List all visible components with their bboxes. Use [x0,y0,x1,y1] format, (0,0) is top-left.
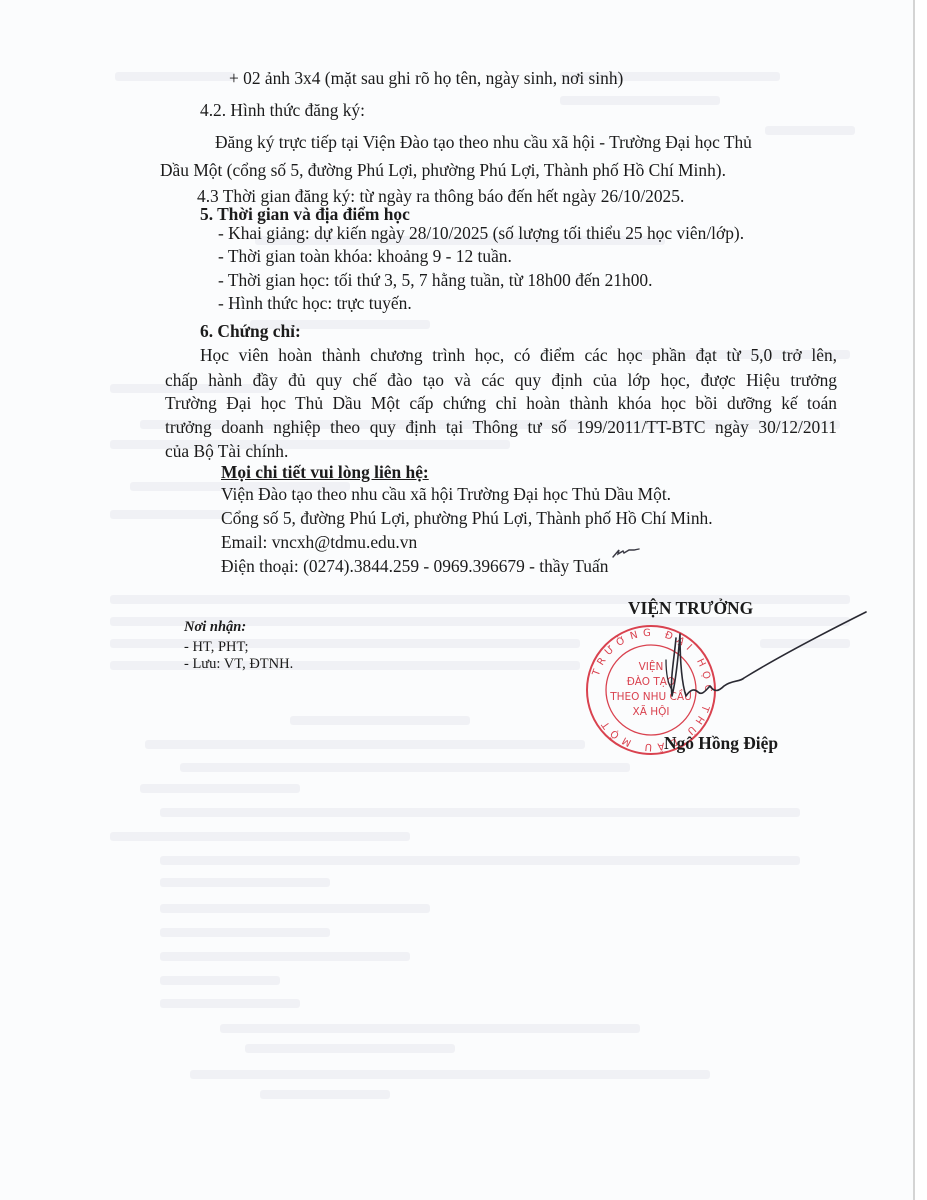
photo-requirement: + 02 ảnh 3x4 (mặt sau ghi rõ họ tên, ngà… [229,68,623,88]
contact-phone: Điện thoại: (0274).3844.259 - 0969.39667… [221,556,608,576]
section-6-heading: 6. Chứng chỉ: [200,321,301,341]
handwritten-signature [640,600,870,710]
schedule-item: - Khai giảng: dự kiến ngày 28/10/2025 (s… [218,223,744,243]
schedule-item: - Hình thức học: trực tuyến. [218,293,412,313]
contact-address: Cổng số 5, đường Phú Lợi, phường Phú Lợi… [221,508,713,528]
signer-name: Ngô Hồng Điệp [664,733,778,753]
schedule-item: - Thời gian học: tối thứ 3, 5, 7 hằng tu… [218,270,652,290]
contact-institute: Viện Đào tạo theo nhu cầu xã hội Trường … [221,484,671,504]
handwritten-initial [611,545,641,559]
certificate-text: Trường Đại học Thủ Dầu Một cấp chứng chỉ… [165,393,837,413]
recipients-heading: Nơi nhận: [184,617,246,637]
page-margin [915,0,927,1200]
contact-email: Email: vncxh@tdmu.edu.vn [221,532,417,552]
certificate-text: trưởng doanh nghiệp theo quy định tại Th… [165,417,837,437]
registration-time: 4.3 Thời gian đăng ký: từ ngày ra thông … [197,186,684,206]
page-edge [913,0,915,1200]
certificate-line: của Bộ Tài chính. [165,441,288,461]
recipient-item: - Lưu: VT, ĐTNH. [184,654,293,674]
contact-heading: Mọi chi tiết vui lòng liên hệ: [221,462,429,482]
registration-method-heading: 4.2. Hình thức đăng ký: [200,100,365,120]
certificate-line: chấp hành đầy đủ quy chế đào tạo và các … [165,370,837,390]
certificate-text: chấp hành đầy đủ quy chế đào tạo và các … [165,370,837,390]
registration-method-text: Dầu Một (cổng số 5, đường Phú Lợi, phườn… [160,160,726,180]
section-5-heading: 5. Thời gian và địa điểm học [200,204,410,224]
schedule-item: - Thời gian toàn khóa: khoảng 9 - 12 tuầ… [218,246,512,266]
certificate-line: Học viên hoàn thành chương trình học, có… [200,345,837,365]
certificate-line: Trường Đại học Thủ Dầu Một cấp chứng chỉ… [165,393,837,413]
certificate-line: trưởng doanh nghiệp theo quy định tại Th… [165,417,837,437]
registration-method-text: Đăng ký trực tiếp tại Viện Đào tạo theo … [215,132,752,152]
certificate-text: Học viên hoàn thành chương trình học, có… [200,345,837,365]
